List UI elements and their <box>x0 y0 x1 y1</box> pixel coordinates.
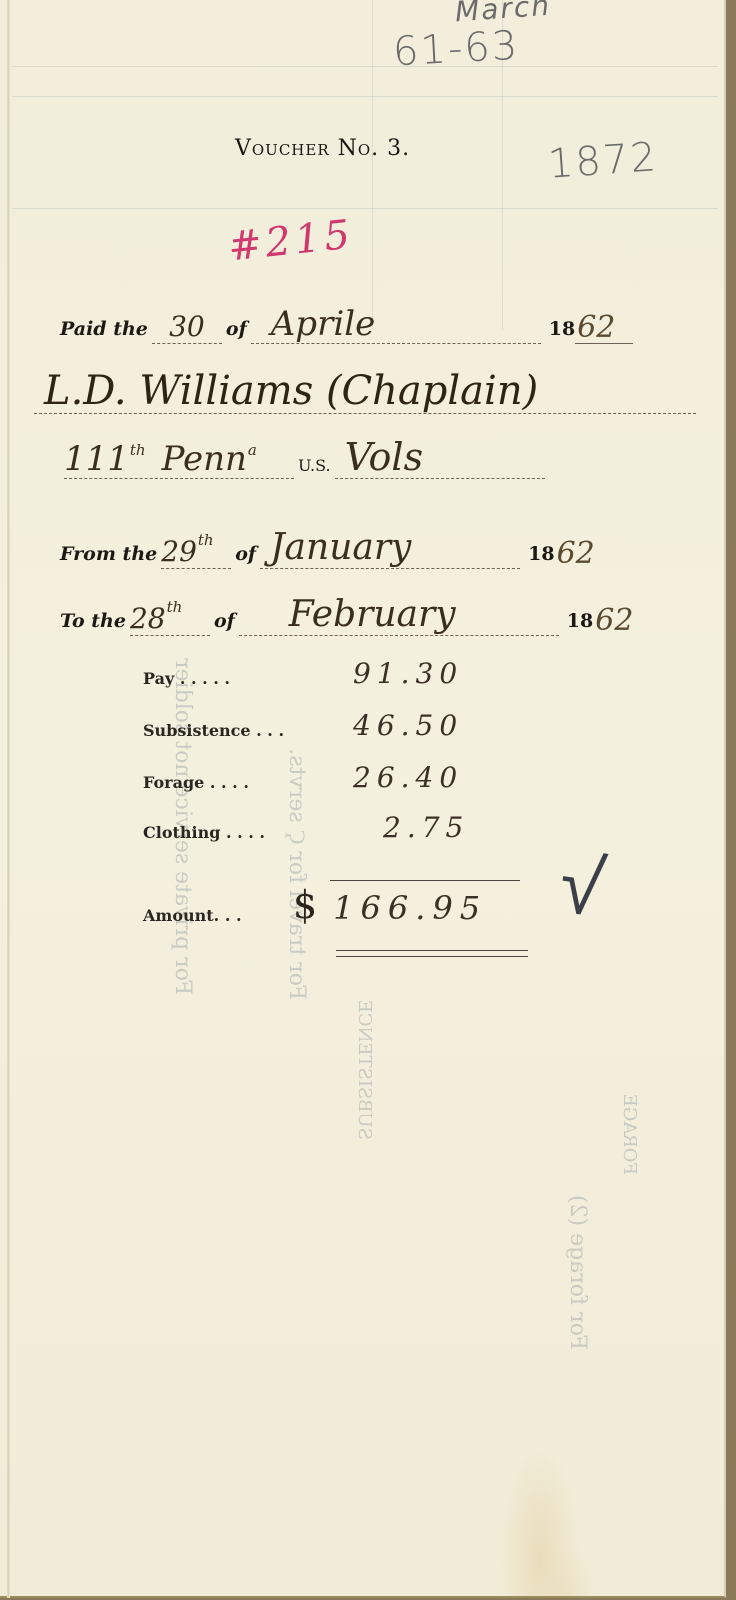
to-month-field: February <box>239 595 559 636</box>
divider <box>12 208 718 209</box>
line-item-clothing: Clothing . . . . 2.75 <box>143 812 543 846</box>
regiment-state: Penn <box>162 442 247 478</box>
payee-row: L.D. Williams (Chaplain) <box>30 370 700 414</box>
divider <box>12 66 718 67</box>
line-item-label: Clothing . . . . <box>143 823 328 846</box>
pencil-note-year: 1872 <box>547 134 660 188</box>
to-of-label: of <box>214 610 235 636</box>
to-row: To the 28 th of February 18 62 <box>60 592 700 636</box>
from-year-prefix: 18 <box>528 543 554 569</box>
unit-type-field: Vols <box>335 438 545 479</box>
regiment-row: 111 th Penn a U.S. Vols <box>60 435 580 479</box>
paid-day: 30 <box>169 313 205 343</box>
from-row: From the 29 th of January 18 62 <box>60 525 700 569</box>
voucher-title: Voucher No. 3. <box>235 136 410 161</box>
divider <box>372 0 373 330</box>
of-label: of <box>226 318 247 344</box>
line-item-forage: Forage . . . . 26.40 <box>143 762 543 796</box>
currency-symbol: $ <box>293 883 317 929</box>
total-double-rule <box>336 950 528 957</box>
line-item-pay: Pay . . . . . 91.30 <box>143 658 543 692</box>
bleed-through-text: FORAGE <box>619 1094 640 1175</box>
paid-day-field: 30 <box>152 303 222 344</box>
paid-month: Aprile <box>271 307 375 343</box>
from-month-field: January <box>260 528 520 569</box>
paid-label: Paid the <box>60 318 148 344</box>
to-year-suffix: 62 <box>593 606 651 636</box>
from-month: January <box>270 530 411 568</box>
state-suffix: a <box>248 443 257 460</box>
us-label: U.S. <box>298 456 331 479</box>
line-item-value: 2.75 <box>383 811 469 846</box>
checkmark-icon: √ <box>554 837 612 935</box>
bleed-through-text: For forage (2) <box>565 1195 590 1350</box>
pencil-note-range: 61-63 <box>392 23 520 76</box>
to-day: 28 <box>130 605 166 635</box>
voucher-page: For private service not soldier For trav… <box>0 0 726 1598</box>
red-ink-note: #215 <box>226 212 356 271</box>
bleed-through-text: SUBSISTENCE <box>354 1000 375 1140</box>
total-row: Amount. . . $ 166.95 <box>143 895 603 929</box>
total-label: Amount. . . <box>143 906 293 929</box>
to-year-prefix: 18 <box>567 610 593 636</box>
payee-name: L.D. Williams (Chaplain) <box>44 371 538 413</box>
to-label: To the <box>60 610 126 636</box>
total-value: 166.95 <box>333 889 487 929</box>
to-day-suffix: th <box>167 600 183 617</box>
from-day-suffix: th <box>198 533 214 550</box>
paid-row: Paid the 30 of Aprile 18 62 <box>60 300 680 344</box>
year-prefix: 18 <box>549 318 575 344</box>
from-year-suffix: 62 <box>555 539 613 569</box>
payee-name-field: L.D. Williams (Chaplain) <box>34 363 696 414</box>
from-day-field: 29 th <box>161 528 231 569</box>
fold-edge <box>7 0 10 1598</box>
regiment-suffix: th <box>130 443 146 460</box>
line-item-subsistence: Subsistence . . . 46.50 <box>143 710 543 744</box>
from-of-label: of <box>235 543 256 569</box>
from-day: 29 <box>161 538 197 568</box>
to-day-field: 28 th <box>130 595 210 636</box>
line-item-value: 26.40 <box>353 761 463 796</box>
paid-month-field: Aprile <box>251 303 541 344</box>
to-month: February <box>289 597 456 635</box>
regiment-field: 111 th Penn a <box>64 438 294 479</box>
from-label: From the <box>60 543 157 569</box>
line-item-value: 91.30 <box>353 657 463 692</box>
regiment-number: 111 <box>64 442 129 478</box>
total-divider <box>330 880 520 881</box>
line-item-label: Forage . . . . <box>143 773 328 796</box>
line-item-label: Pay . . . . . <box>143 669 328 692</box>
paid-year-suffix: 62 <box>575 313 633 344</box>
line-item-value: 46.50 <box>353 709 463 744</box>
unit-type: Vols <box>345 438 424 478</box>
divider <box>12 96 718 97</box>
line-item-label: Subsistence . . . <box>143 721 328 744</box>
